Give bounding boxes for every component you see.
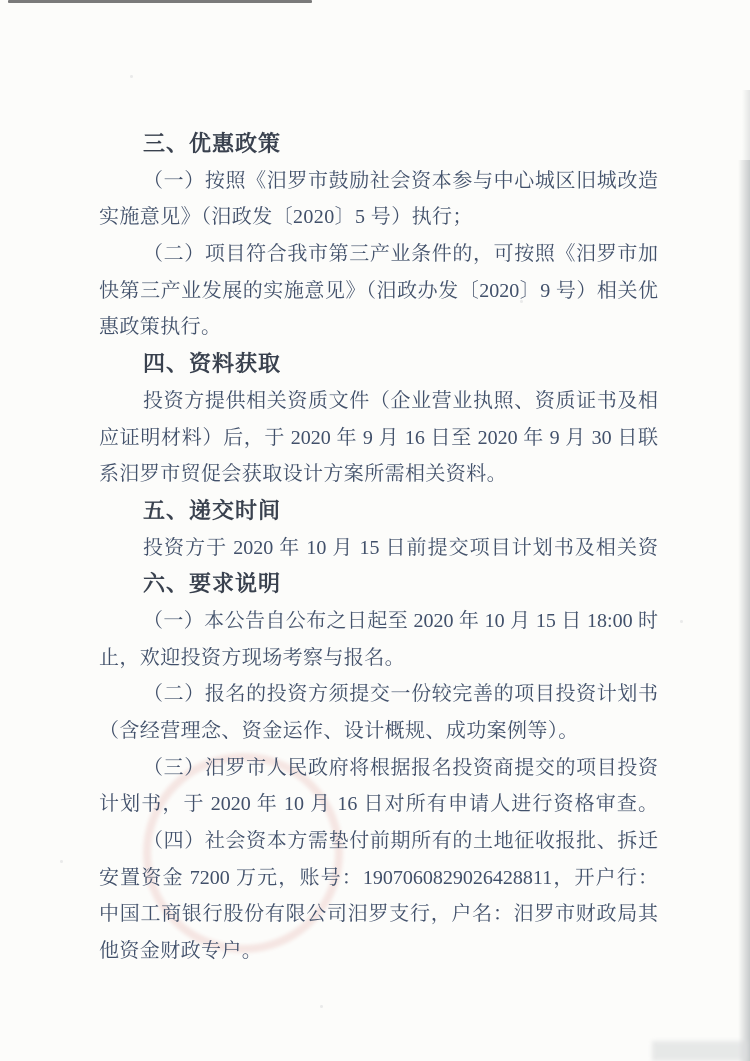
section-heading-3: 三、优惠政策 xyxy=(99,126,658,163)
document-text-block: 三、优惠政策 （一）按照《汨罗市鼓励社会资本参与中心城区旧城改造 实施意见》（汨… xyxy=(99,126,658,970)
text-line: 止，欢迎投资方现场考察与报名。 xyxy=(99,640,658,677)
text-line: （四）社会资本方需垫付前期所有的土地征收报批、拆迁 xyxy=(99,823,658,860)
text-line: 计划书，于 2020 年 10 月 16 日对所有申请人进行资格审查。 xyxy=(99,786,658,823)
section-heading-4: 四、资料获取 xyxy=(99,346,658,383)
text-line: （三）汨罗市人民政府将根据报名投资商提交的项目投资 xyxy=(99,750,658,787)
text-line: （二）项目符合我市第三产业条件的，可按照《汨罗市加 xyxy=(99,236,658,273)
paper-speck xyxy=(130,75,133,78)
paper-speck xyxy=(60,860,63,863)
paper-speck xyxy=(680,620,683,623)
scan-shadow-right-edge-top xyxy=(742,90,750,160)
section-heading-6: 六、要求说明 xyxy=(99,566,658,603)
text-line: 应证明材料）后，于 2020 年 9 月 16 日至 2020 年 9 月 30… xyxy=(99,420,658,457)
text-line: 投资方于 2020 年 10 月 15 日前提交项目计划书及相关资料。 xyxy=(99,530,658,567)
text-line: 他资金财政专户。 xyxy=(99,933,658,970)
text-line: 系汨罗市贸促会获取设计方案所需相关资料。 xyxy=(99,456,658,493)
scan-shadow-right-edge xyxy=(738,160,750,1061)
text-line: （二）报名的投资方须提交一份较完善的项目投资计划书 xyxy=(99,676,658,713)
scan-artifact-top-line xyxy=(8,0,312,3)
text-line: （一）本公告自公布之日起至 2020 年 10 月 15 日 18:00 时 xyxy=(99,603,658,640)
text-line: 中国工商银行股份有限公司汨罗支行，户名：汨罗市财政局其 xyxy=(99,896,658,933)
text-line: 惠政策执行。 xyxy=(99,309,658,346)
section-heading-5: 五、递交时间 xyxy=(99,493,658,530)
text-line: 快第三产业发展的实施意见》（汨政办发〔2020〕9 号）相关优 xyxy=(99,273,658,310)
document-page: 三、优惠政策 （一）按照《汨罗市鼓励社会资本参与中心城区旧城改造 实施意见》（汨… xyxy=(0,0,750,1061)
paper-speck xyxy=(320,1005,323,1008)
scan-shadow-bottom-right xyxy=(652,1041,748,1061)
text-line: 投资方提供相关资质文件（企业营业执照、资质证书及相 xyxy=(99,383,658,420)
text-line: 实施意见》（汨政发〔2020〕5 号）执行； xyxy=(99,199,658,236)
text-line: （含经营理念、资金运作、设计概规、成功案例等）。 xyxy=(99,713,658,750)
text-line: （一）按照《汨罗市鼓励社会资本参与中心城区旧城改造 xyxy=(99,163,658,200)
text-line: 安置资金 7200 万元，账号：1907060829026428811，开户行： xyxy=(99,860,658,897)
